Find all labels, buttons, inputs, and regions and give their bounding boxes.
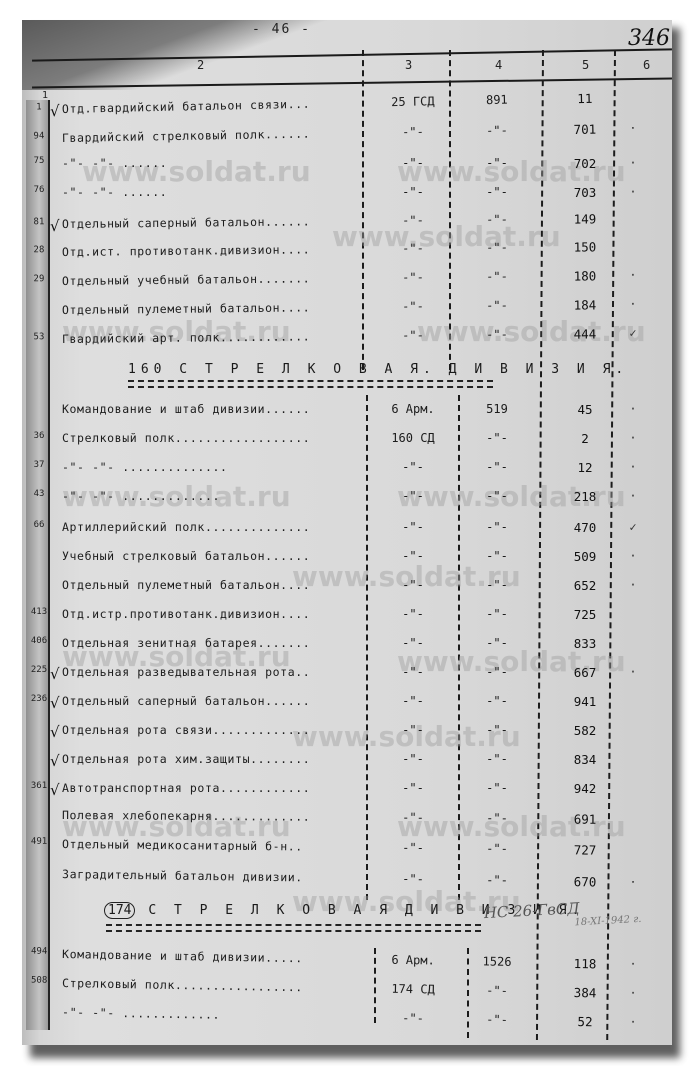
formation: -"- [368, 665, 458, 679]
formation: -"- [368, 124, 458, 140]
checkmark-icon: √ [50, 752, 60, 770]
mark: · [618, 156, 648, 170]
handwritten-note: НС 26-ГвСД [483, 899, 580, 922]
unit-name: Полевая хлебопекарня............. [62, 808, 310, 824]
unit-code: 12 [550, 460, 620, 475]
mark: ✓ [618, 326, 648, 340]
formation: -"- [368, 1010, 458, 1026]
page-number: - 46 - [252, 22, 311, 37]
unit-code: 180 [550, 268, 620, 284]
archive-sheet-number: 346 [628, 26, 670, 51]
table-row: 361 √ Автотранспортная рота............ … [22, 781, 672, 805]
table-row: 29 Отдельный учебный батальон....... -"-… [22, 268, 672, 299]
checkmark-icon: √ [50, 781, 60, 799]
title-underline [128, 380, 493, 388]
table-row: 36 Стрелковый полк.................. 160… [22, 431, 672, 455]
col-header-1: 1 [42, 90, 48, 101]
field-post: -"- [452, 269, 542, 284]
unit-name: Отдельная зенитная батарея....... [62, 636, 310, 650]
field-post: -"- [452, 578, 542, 592]
unit-code: 150 [550, 239, 620, 255]
field-post: -"- [452, 607, 542, 621]
formation: -"- [368, 752, 458, 766]
unit-name: -"- -"- ...... [62, 156, 167, 170]
table-row: Учебный стрелковый батальон...... -"- -"… [22, 549, 672, 573]
unit-code: 691 [550, 811, 620, 826]
checkmark-icon: √ [50, 723, 60, 741]
unit-code: 149 [550, 211, 620, 227]
table-row: 76 -"- -"- ...... -"- -"- 703 · [22, 185, 672, 209]
unit-code: 670 [550, 874, 620, 890]
table-row: 28 Отд.ист. противотанк.дивизион.... -"-… [22, 239, 672, 270]
table-row: 225 √ Отдельная разведывательная рота.. … [22, 665, 672, 689]
margin-number: 1 [30, 102, 48, 112]
formation: -"- [368, 578, 458, 592]
unit-name: Командование и штаб дивизии..... [62, 947, 303, 965]
formation: -"- [368, 694, 458, 708]
table-row: 66 Артиллерийский полк.............. -"-… [22, 520, 672, 544]
unit-name: -"- -"- ............. [62, 1005, 220, 1022]
field-post: -"- [452, 298, 542, 313]
field-post: -"- [452, 123, 542, 139]
formation: -"- [368, 156, 458, 170]
formation: -"- [368, 607, 458, 621]
formation: -"- [368, 460, 458, 474]
unit-name: -"- -"- ............. [62, 489, 220, 503]
field-post: -"- [452, 811, 542, 826]
margin-number: 225 [30, 665, 48, 675]
margin-number: 413 [30, 607, 48, 617]
field-post: -"- [452, 665, 542, 679]
unit-name: Отд.ист. противотанк.дивизион.... [62, 242, 310, 259]
field-post: -"- [452, 185, 542, 199]
unit-name: Учебный стрелковый батальон...... [62, 549, 310, 563]
unit-name: Стрелковый полк.................. [62, 431, 310, 445]
formation: -"- [368, 723, 458, 737]
unit-name: Отд.истр.противотанк.дивизион.... [62, 607, 310, 621]
unit-name: Отдельная разведывательная рота.. [62, 665, 310, 679]
table-row: 53 Гвардийский арт. полк............ -"-… [22, 326, 672, 357]
unit-code: 942 [550, 781, 620, 796]
formation: -"- [368, 810, 458, 825]
field-post: -"- [452, 212, 542, 227]
mark: · [618, 460, 648, 474]
unit-name: Отдельный саперный батальон...... [62, 214, 310, 231]
table-row: 81 √ Отдельный саперный батальон...... -… [22, 211, 672, 242]
unit-code: 702 [550, 156, 620, 171]
unit-code: 727 [550, 842, 620, 858]
table-row: 491 Отдельный медикосанитарный б-н.. -"-… [22, 837, 672, 868]
unit-code: 652 [550, 578, 620, 593]
unit-code: 184 [550, 297, 620, 313]
table-row: 75 -"- -"- ...... -"- -"- 702 · [22, 156, 672, 180]
field-post: -"- [452, 983, 542, 999]
table-row: -"- -"- ............. -"- -"- 52 · [22, 1004, 672, 1039]
formation: 6 Арм. [368, 952, 458, 968]
unit-code: 218 [550, 489, 620, 504]
margin-number: 75 [30, 156, 48, 166]
mark: · [618, 986, 648, 1001]
mark [618, 90, 648, 91]
unit-name: Отдельный саперный батальон...... [62, 694, 310, 708]
table-row: Отдельный пулеметный батальон.... -"- -"… [22, 578, 672, 602]
formation: 6 Арм. [368, 402, 458, 416]
field-post: -"- [452, 156, 542, 170]
unit-code: 834 [550, 752, 620, 767]
unit-name: Гвардийский стрелковый полк...... [62, 127, 310, 145]
field-post: -"- [452, 841, 542, 856]
unit-name: Отдельная рота связи............. [62, 723, 310, 737]
unit-code: 45 [550, 402, 620, 417]
checkmark-icon: √ [50, 665, 60, 683]
unit-name: Отдельный пулеметный батальон.... [62, 300, 310, 317]
table-row: 413 Отд.истр.противотанк.дивизион.... -"… [22, 607, 672, 631]
margin-number: 494 [30, 946, 48, 956]
formation: -"- [368, 213, 458, 228]
margin-number: 406 [30, 636, 48, 646]
unit-code: 384 [550, 985, 620, 1001]
margin-number: 43 [30, 489, 48, 499]
unit-code: 833 [550, 636, 620, 651]
unit-code: 703 [550, 185, 620, 200]
unit-code: 2 [550, 431, 620, 446]
formation: -"- [368, 241, 458, 256]
unit-code: 582 [550, 723, 620, 738]
checkmark-icon: √ [50, 694, 60, 712]
field-post: -"- [452, 752, 542, 766]
unit-name: Командование и штаб дивизии...... [62, 402, 310, 416]
field-post: -"- [452, 520, 542, 534]
margin-number: 66 [30, 520, 48, 530]
field-post: -"- [452, 636, 542, 650]
section-title: 160 С Т Р Е Л К О В А Я. Д И В И З И Я. [128, 362, 628, 377]
mark: · [618, 578, 648, 592]
formation: -"- [368, 270, 458, 285]
formation: -"- [368, 299, 458, 314]
field-post: -"- [452, 460, 542, 474]
col-header-3: 3 [405, 58, 412, 72]
mark: · [618, 431, 648, 445]
field-post: -"- [452, 549, 542, 563]
formation: -"- [368, 520, 458, 534]
unit-name: Отдельный учебный батальон....... [62, 271, 310, 288]
table-row: 236 √ Отдельный саперный батальон...... … [22, 694, 672, 718]
table-row: Командование и штаб дивизии...... 6 Арм.… [22, 402, 672, 426]
col-header-6: 6 [643, 58, 650, 72]
margin-number: 76 [30, 185, 48, 195]
formation: -"- [368, 185, 458, 199]
field-post: -"- [452, 327, 542, 342]
table-row: 406 Отдельная зенитная батарея....... -"… [22, 636, 672, 660]
unit-code: 118 [550, 956, 620, 972]
mark: ✓ [618, 520, 648, 534]
field-post: -"- [452, 694, 542, 708]
checkmark-icon: √ [50, 102, 60, 120]
margin-number: 94 [30, 131, 48, 141]
document-page: - 46 - 346 1 2 3 4 5 6 www.soldat.ru www… [22, 20, 672, 1045]
mark: · [618, 297, 648, 311]
unit-name: Отд.гвардийский батальон связи... [62, 97, 311, 116]
mark: · [618, 489, 648, 503]
col-header-2: 2 [197, 58, 204, 72]
handwritten-date: 18-XI-1942 г. [574, 914, 642, 928]
col-header-5: 5 [582, 58, 589, 72]
field-post: -"- [452, 723, 542, 737]
mark: · [618, 957, 648, 972]
margin-number: 236 [30, 694, 48, 704]
margin-number: 28 [30, 245, 48, 255]
margin-number: 491 [30, 837, 48, 847]
field-post: 1526 [452, 954, 542, 970]
table-row: Заградительный батальон дивизии. -"- -"-… [22, 866, 672, 899]
margin-number: 37 [30, 460, 48, 470]
unit-code: 444 [550, 326, 620, 342]
unit-name: Артиллерийский полк.............. [62, 520, 310, 534]
title-underline [106, 924, 481, 932]
unit-name: Отдельный медикосанитарный б-н.. [62, 837, 303, 854]
mark: · [618, 875, 648, 889]
field-post: -"- [452, 431, 542, 445]
formation: -"- [368, 489, 458, 503]
formation: -"- [368, 549, 458, 563]
field-post: -"- [452, 781, 542, 795]
table-row: Отдельный пулеметный батальон.... -"- -"… [22, 297, 672, 328]
table-row: √ Отдельная рота хим.защиты........ -"- … [22, 752, 672, 776]
mark: · [618, 665, 648, 679]
formation: -"- [368, 840, 458, 855]
mark: · [618, 121, 648, 136]
checkmark-icon: √ [50, 217, 60, 235]
formation: -"- [368, 328, 458, 343]
field-post: -"- [452, 872, 542, 887]
unit-name: Заградительный батальон дивизии. [62, 867, 303, 884]
field-post: -"- [452, 489, 542, 503]
margin-number: 81 [30, 217, 48, 227]
unit-code: 701 [550, 121, 620, 137]
mark: · [618, 1015, 648, 1030]
unit-name: Стрелковый полк................. [62, 976, 303, 994]
unit-name: -"- -"- .............. [62, 460, 228, 474]
col-header-4: 4 [495, 58, 502, 72]
unit-name: Автотранспортная рота............ [62, 781, 310, 795]
field-post: -"- [452, 1012, 542, 1028]
formation: 174 СД [368, 981, 458, 997]
table-row: Полевая хлебопекарня............. -"- -"… [22, 808, 672, 837]
unit-name: Отдельный пулеметный батальон.... [62, 578, 310, 592]
unit-name: -"- -"- ...... [62, 185, 167, 199]
formation: -"- [368, 636, 458, 650]
field-post: 891 [452, 92, 542, 108]
circled-division-number: 174 [104, 902, 135, 919]
field-post: 519 [452, 402, 542, 416]
unit-code: 667 [550, 665, 620, 680]
formation: 160 СД [368, 431, 458, 445]
table-row: √ Отдельная рота связи............. -"- … [22, 723, 672, 747]
mark: · [618, 549, 648, 563]
unit-code: 52 [550, 1014, 620, 1030]
margin-number: 36 [30, 431, 48, 441]
table-row: 94 Гвардийский стрелковый полк...... -"-… [22, 120, 672, 155]
unit-code: 470 [550, 520, 620, 535]
mark: · [618, 185, 648, 199]
field-post: -"- [452, 240, 542, 255]
unit-code: 725 [550, 607, 620, 622]
margin-number: 508 [30, 975, 48, 985]
margin-number: 29 [30, 274, 48, 284]
table-row: 43 -"- -"- ............. -"- -"- 218 · [22, 489, 672, 513]
unit-name: Гвардийский арт. полк............ [62, 329, 310, 346]
mark: · [618, 402, 648, 416]
unit-name: Отдельная рота хим.защиты........ [62, 752, 310, 766]
unit-code: 11 [550, 90, 620, 106]
margin-number: 361 [30, 781, 48, 791]
unit-code: 509 [550, 549, 620, 564]
unit-code: 941 [550, 694, 620, 709]
margin-number: 53 [30, 332, 48, 342]
formation: -"- [368, 781, 458, 795]
formation: 25 ГСД [368, 94, 458, 110]
formation: -"- [368, 871, 458, 886]
table-row: 37 -"- -"- .............. -"- -"- 12 · [22, 460, 672, 484]
mark: · [618, 268, 648, 282]
